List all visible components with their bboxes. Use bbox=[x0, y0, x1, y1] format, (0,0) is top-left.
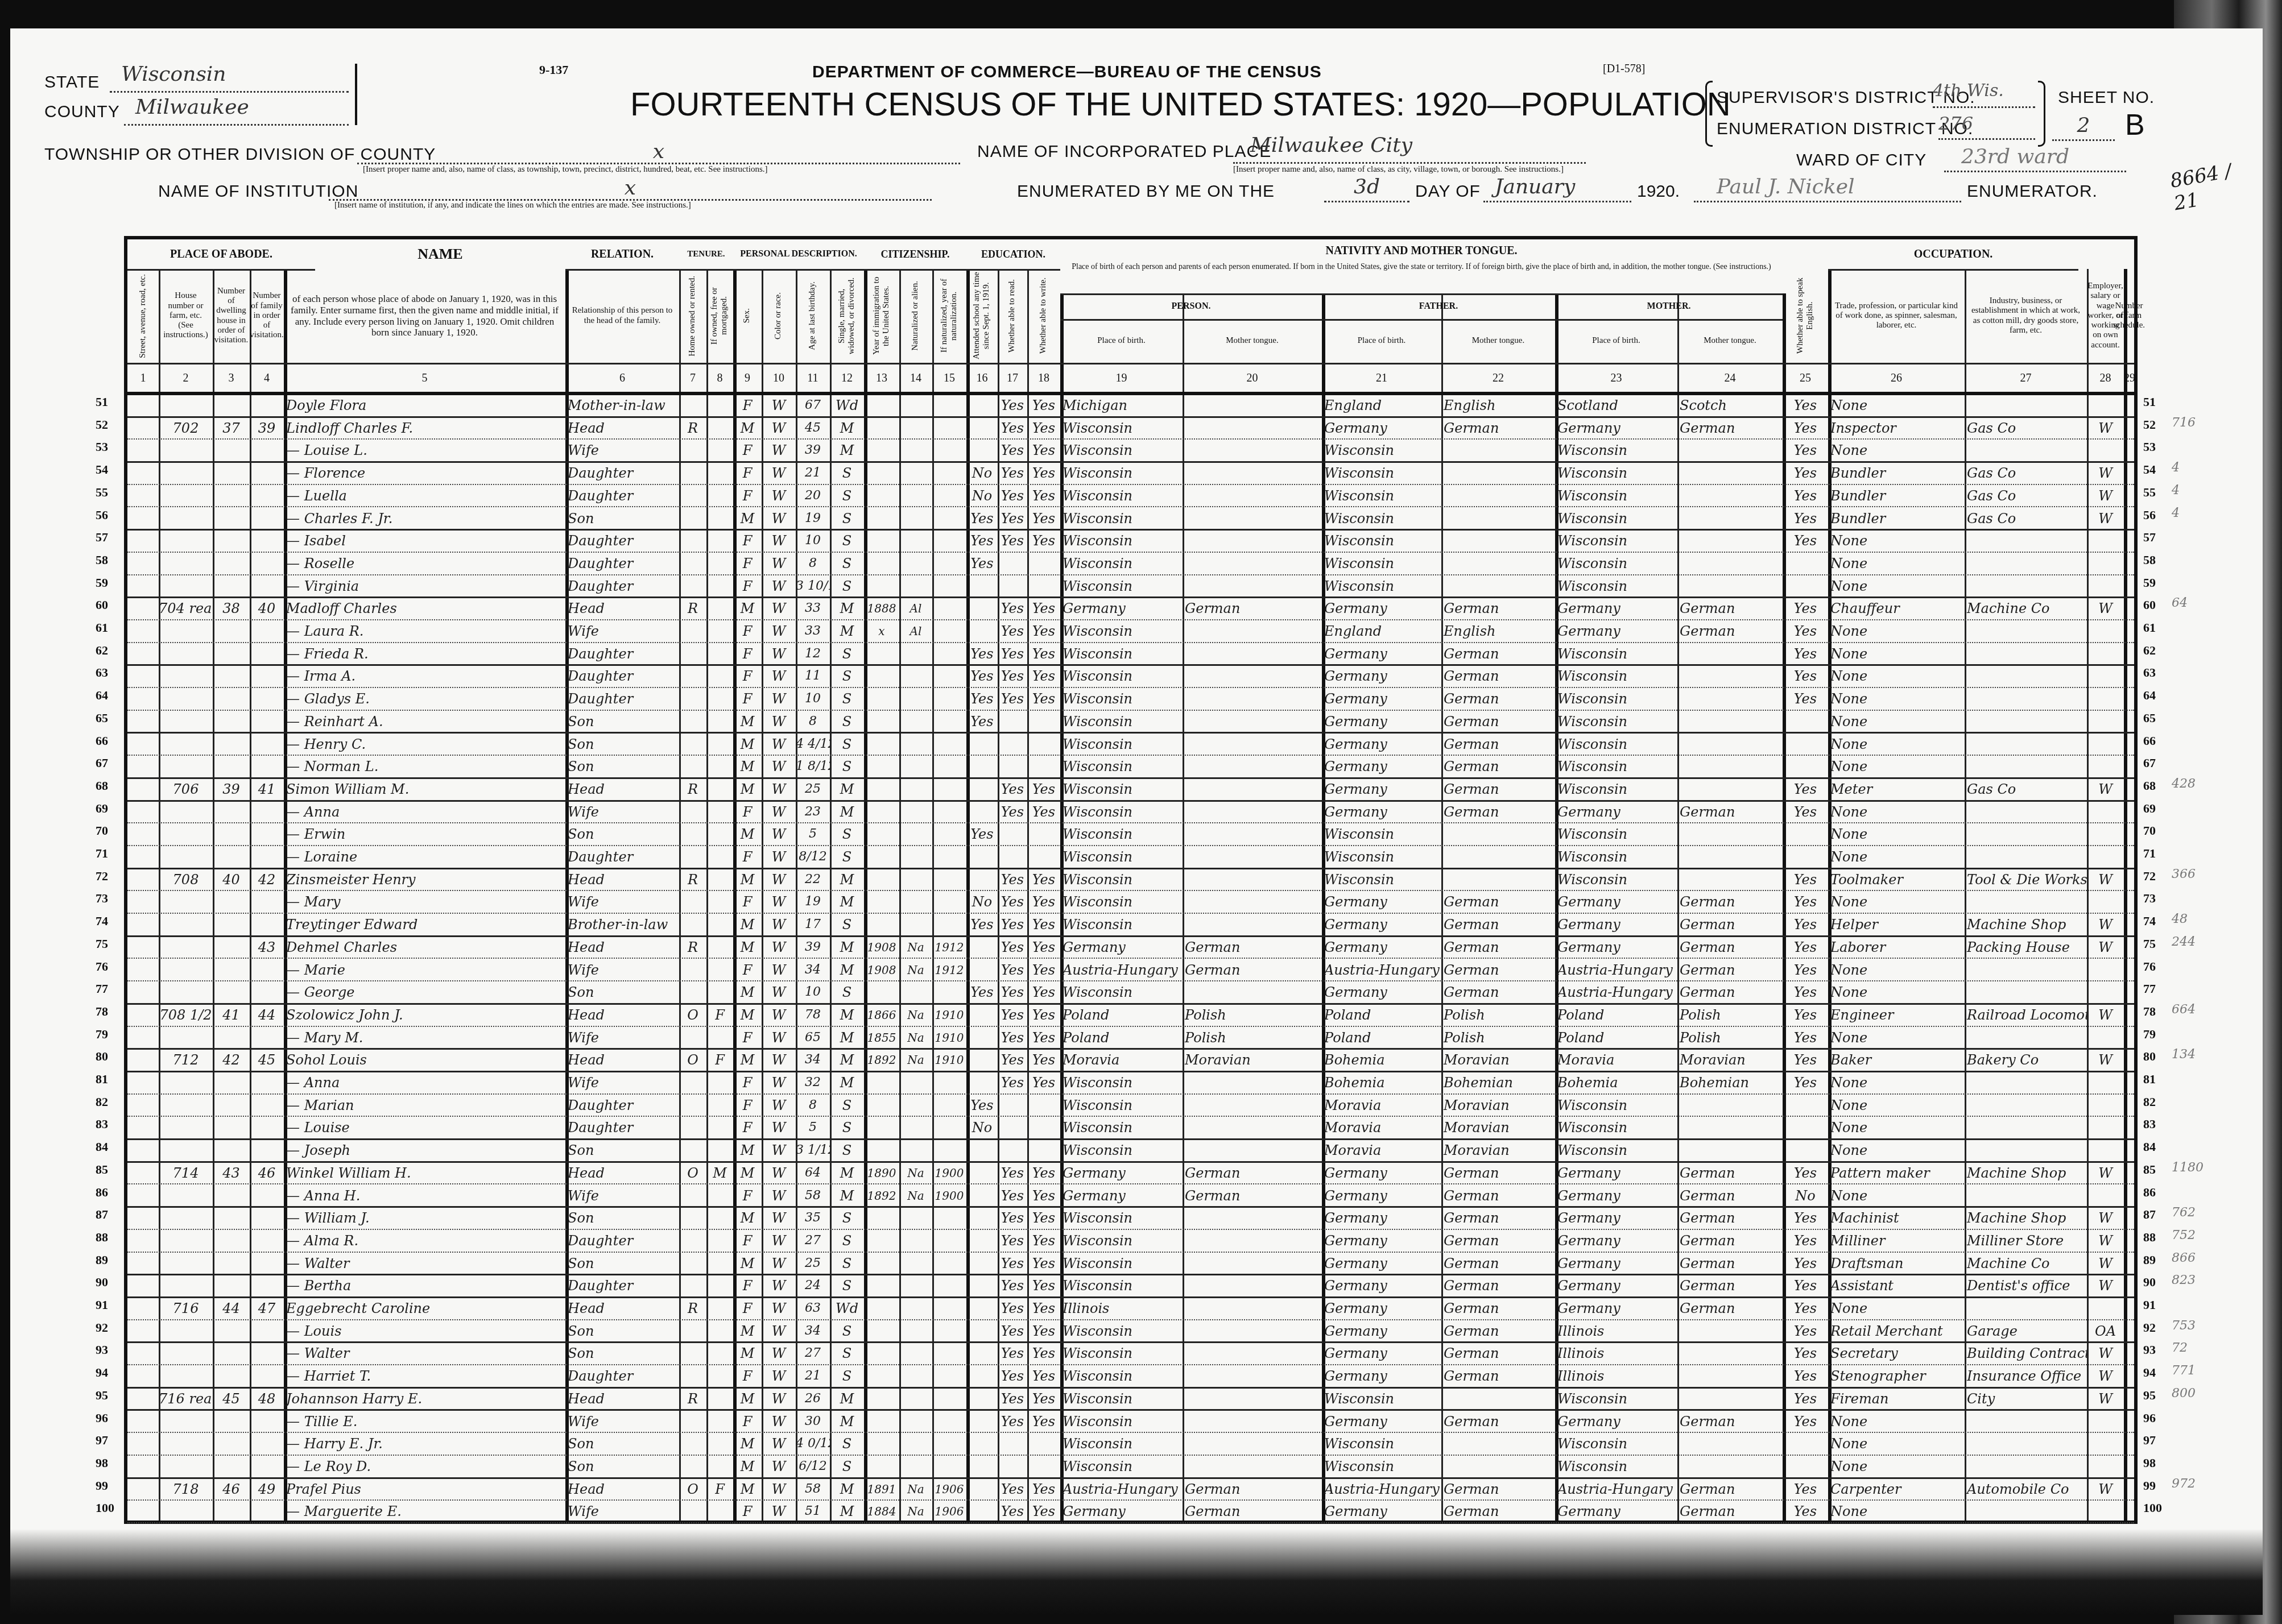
cell-farm bbox=[2124, 552, 2134, 574]
cell-race: W bbox=[762, 868, 796, 890]
cell-house bbox=[159, 1093, 213, 1116]
cell-m-tongue bbox=[1677, 461, 1783, 484]
cell-pob: Germany bbox=[1060, 1184, 1183, 1207]
table-row: — WalterSonMW27SYesYesWisconsinGermanyGe… bbox=[127, 1341, 2134, 1365]
line-number: 86 bbox=[96, 1185, 108, 1200]
cell-house bbox=[159, 710, 213, 732]
cell-family bbox=[250, 980, 284, 1003]
cell-sex: M bbox=[733, 755, 762, 777]
cell-name: Prafel Pius bbox=[284, 1477, 565, 1500]
cell-write: Yes bbox=[1027, 958, 1060, 981]
column-header-label: Place of birth. bbox=[1097, 336, 1146, 346]
cell-imm bbox=[864, 461, 899, 484]
cell-farm bbox=[2124, 800, 2134, 823]
cell-m-tongue bbox=[1677, 1319, 1783, 1342]
cell-english: Yes bbox=[1783, 800, 1828, 823]
cell-street bbox=[127, 1319, 159, 1342]
cell-farm bbox=[2124, 1206, 2134, 1229]
cell-f-tongue: German bbox=[1441, 800, 1555, 823]
line-number: 69 bbox=[2143, 801, 2156, 816]
cell-marital: M bbox=[830, 1026, 864, 1049]
cell-street bbox=[127, 438, 159, 461]
cell-english: Yes bbox=[1783, 958, 1828, 981]
cell-english: No bbox=[1783, 1184, 1828, 1207]
cell-school bbox=[966, 868, 998, 890]
cell-write: Yes bbox=[1027, 1003, 1060, 1026]
line-number: 63 bbox=[96, 665, 108, 680]
cell-f-pob: Bohemia bbox=[1322, 1048, 1441, 1071]
cell-farm bbox=[2124, 913, 2134, 935]
cell-m-tongue: German bbox=[1677, 1410, 1783, 1432]
cell-industry: Building Contractor bbox=[1965, 1341, 2087, 1364]
cell-school: Yes bbox=[966, 710, 998, 732]
cell-school: Yes bbox=[966, 529, 998, 552]
cell-english: Yes bbox=[1783, 1477, 1828, 1500]
line-number: 83 bbox=[96, 1117, 108, 1132]
cell-nat bbox=[899, 1229, 932, 1252]
cell-tongue bbox=[1183, 1138, 1322, 1161]
line-number: 65 bbox=[96, 711, 108, 726]
cell-house bbox=[159, 529, 213, 552]
cell-trade: None bbox=[1828, 1093, 1965, 1116]
cell-own bbox=[679, 1364, 706, 1387]
cell-tongue bbox=[1183, 777, 1322, 800]
cell-age: 4 4/12 bbox=[796, 732, 830, 755]
cell-industry: Tool & Die Works bbox=[1965, 868, 2087, 890]
cell-trade: None bbox=[1828, 687, 1965, 710]
cell-tongue bbox=[1183, 574, 1322, 597]
cell-age: 32 bbox=[796, 1071, 830, 1093]
cell-nat bbox=[899, 777, 932, 800]
cell-age: 1 8/12 bbox=[796, 755, 830, 777]
cell-read bbox=[998, 1093, 1027, 1116]
cell-dwelling bbox=[213, 800, 250, 823]
cell-f-pob: Germany bbox=[1322, 732, 1441, 755]
cell-street bbox=[127, 1071, 159, 1093]
cell-own bbox=[679, 552, 706, 574]
cell-street bbox=[127, 1093, 159, 1116]
cell-trade: None bbox=[1828, 1296, 1965, 1319]
line-number: 59 bbox=[2143, 575, 2156, 590]
cell-marital: M bbox=[830, 619, 864, 642]
cell-farm bbox=[2124, 1455, 2134, 1477]
cell-imm bbox=[864, 1252, 899, 1274]
cell-f-tongue: German bbox=[1441, 958, 1555, 981]
cell-mort: F bbox=[706, 1477, 733, 1500]
cell-m-pob: Germany bbox=[1555, 1229, 1677, 1252]
cell-name: — Gladys E. bbox=[284, 687, 565, 710]
cell-house bbox=[159, 393, 213, 416]
cell-race: W bbox=[762, 1252, 796, 1274]
cell-tongue bbox=[1183, 800, 1322, 823]
cell-age: 11 bbox=[796, 664, 830, 687]
cell-natyr bbox=[932, 1229, 966, 1252]
line-number: 57 bbox=[96, 530, 108, 545]
line-number: 66 bbox=[2143, 734, 2156, 748]
cell-mort bbox=[706, 1432, 733, 1455]
cell-nat bbox=[899, 913, 932, 935]
column-header-9: Sex. bbox=[733, 269, 762, 363]
cell-imm bbox=[864, 1071, 899, 1093]
cell-write: Yes bbox=[1027, 1026, 1060, 1049]
cell-school bbox=[966, 1138, 998, 1161]
cell-name: — Marguerite E. bbox=[284, 1499, 565, 1522]
cell-industry bbox=[1965, 1296, 2087, 1319]
cell-class bbox=[2087, 552, 2124, 574]
cell-marital: S bbox=[830, 1341, 864, 1364]
cell-m-pob: Germany bbox=[1555, 935, 1677, 958]
cell-f-tongue: German bbox=[1441, 1229, 1555, 1252]
column-header-label: Place of birth. bbox=[1592, 336, 1640, 346]
cell-f-tongue: German bbox=[1441, 1341, 1555, 1364]
cell-dwelling bbox=[213, 438, 250, 461]
cell-street bbox=[127, 1432, 159, 1455]
cell-house: 708 1/2 bbox=[159, 1003, 213, 1026]
table-row: — Harry E. Jr.SonMW4 0/12SWisconsinWisco… bbox=[127, 1432, 2134, 1456]
cell-m-pob: Wisconsin bbox=[1555, 438, 1677, 461]
cell-family bbox=[250, 619, 284, 642]
cell-natyr bbox=[932, 1116, 966, 1138]
cell-own: O bbox=[679, 1477, 706, 1500]
cell-house bbox=[159, 1138, 213, 1161]
cell-m-tongue: German bbox=[1677, 416, 1783, 439]
column-header-18: Whether able to write. bbox=[1027, 269, 1060, 363]
table-row: 716 rear4548Johannson Harry E.HeadRMW26M… bbox=[127, 1387, 2134, 1411]
table-row: — Louise L.WifeFW39MYesYesWisconsinWisco… bbox=[127, 438, 2134, 463]
cell-nat: Al bbox=[899, 596, 932, 619]
cell-sex: F bbox=[733, 484, 762, 507]
cell-race: W bbox=[762, 507, 796, 529]
cell-street bbox=[127, 529, 159, 552]
cell-f-pob: Germany bbox=[1322, 642, 1441, 665]
cell-pob: Wisconsin bbox=[1060, 822, 1183, 845]
cell-read: Yes bbox=[998, 1252, 1027, 1274]
cell-imm bbox=[864, 642, 899, 665]
column-header-25: Whether able to speak English. bbox=[1783, 269, 1828, 363]
cell-relation: Head bbox=[565, 1003, 679, 1026]
cell-name: — Bertha bbox=[284, 1274, 565, 1296]
cell-house: 702 bbox=[159, 416, 213, 439]
cell-name: Eggebrecht Caroline bbox=[284, 1296, 565, 1319]
column-header-label: Street, avenue, road, etc. bbox=[138, 274, 148, 358]
cell-race: W bbox=[762, 1274, 796, 1296]
cell-age: 30 bbox=[796, 1410, 830, 1432]
column-header-label: Mother tongue. bbox=[1226, 336, 1278, 346]
cell-family: 48 bbox=[250, 1387, 284, 1410]
cell-name: — Norman L. bbox=[284, 755, 565, 777]
cell-tongue bbox=[1183, 710, 1322, 732]
cell-street bbox=[127, 800, 159, 823]
line-number: 63 bbox=[2143, 665, 2156, 680]
cell-name: — Reinhart A. bbox=[284, 710, 565, 732]
cell-trade: Engineer bbox=[1828, 1003, 1965, 1026]
line-number: 82 bbox=[2143, 1095, 2156, 1109]
column-number: 6 bbox=[565, 364, 679, 392]
cell-relation: Daughter bbox=[565, 574, 679, 597]
cell-read bbox=[998, 552, 1027, 574]
cell-house bbox=[159, 619, 213, 642]
cell-f-pob: Austria-Hungary bbox=[1322, 958, 1441, 981]
cell-english bbox=[1783, 552, 1828, 574]
table-row: 7023739Lindloff Charles F.HeadRMW45MYesY… bbox=[127, 416, 2134, 440]
line-number: 90 bbox=[2143, 1275, 2156, 1290]
cell-nat bbox=[899, 1387, 932, 1410]
cell-relation: Son bbox=[565, 710, 679, 732]
cell-own bbox=[679, 822, 706, 845]
cell-english bbox=[1783, 755, 1828, 777]
cell-nat: Na bbox=[899, 1477, 932, 1500]
cell-imm bbox=[864, 484, 899, 507]
line-number: 54 bbox=[96, 462, 108, 477]
cell-tongue: Polish bbox=[1183, 1003, 1322, 1026]
cell-own bbox=[679, 958, 706, 981]
cell-farm bbox=[2124, 687, 2134, 710]
cell-natyr bbox=[932, 913, 966, 935]
margin-count: 753 bbox=[2172, 1319, 2196, 1333]
cell-relation: Son bbox=[565, 1341, 679, 1364]
cell-school bbox=[966, 1184, 998, 1207]
cell-read: Yes bbox=[998, 980, 1027, 1003]
cell-m-pob: Germany bbox=[1555, 1184, 1677, 1207]
cell-pob: Poland bbox=[1060, 1003, 1183, 1026]
cell-mort bbox=[706, 1296, 733, 1319]
cell-farm bbox=[2124, 777, 2134, 800]
column-header-label: Naturalized or alien. bbox=[911, 281, 920, 351]
cell-farm bbox=[2124, 1432, 2134, 1455]
cell-sex: M bbox=[733, 822, 762, 845]
cell-age: 34 bbox=[796, 1319, 830, 1342]
cell-read: Yes bbox=[998, 1387, 1027, 1410]
column-number: 18 bbox=[1027, 364, 1060, 392]
cell-pob: Wisconsin bbox=[1060, 1364, 1183, 1387]
cell-nat bbox=[899, 687, 932, 710]
cell-age: 10 bbox=[796, 980, 830, 1003]
cell-nat bbox=[899, 755, 932, 777]
column-number: 27 bbox=[1965, 364, 2087, 392]
cell-age: 3 10/12 bbox=[796, 574, 830, 597]
cell-marital: M bbox=[830, 438, 864, 461]
cell-house bbox=[159, 1229, 213, 1252]
cell-mort bbox=[706, 800, 733, 823]
cell-tongue bbox=[1183, 868, 1322, 890]
cell-family bbox=[250, 1364, 284, 1387]
cell-nat bbox=[899, 642, 932, 665]
cell-family bbox=[250, 1432, 284, 1455]
column-header-3: Number of dwelling house in order of vis… bbox=[213, 269, 250, 363]
cell-marital: M bbox=[830, 1003, 864, 1026]
county-label: County bbox=[44, 102, 120, 121]
margin-note: 8664 / 21 bbox=[2168, 155, 2266, 216]
margin-count: 762 bbox=[2172, 1205, 2196, 1220]
cell-house bbox=[159, 1341, 213, 1364]
cell-family bbox=[250, 1252, 284, 1274]
cell-trade: None bbox=[1828, 552, 1965, 574]
cell-marital: S bbox=[830, 1364, 864, 1387]
column-number: 19 bbox=[1060, 364, 1183, 392]
line-number: 92 bbox=[96, 1320, 108, 1335]
cell-marital: S bbox=[830, 980, 864, 1003]
cell-nat bbox=[899, 574, 932, 597]
line-number: 96 bbox=[2143, 1411, 2156, 1426]
cell-natyr bbox=[932, 710, 966, 732]
cell-race: W bbox=[762, 1116, 796, 1138]
county-value: Milwaukee bbox=[124, 96, 249, 119]
cell-industry bbox=[1965, 393, 2087, 416]
cell-race: W bbox=[762, 755, 796, 777]
cell-m-pob: Wisconsin bbox=[1555, 552, 1677, 574]
cell-pob: Germany bbox=[1060, 1499, 1183, 1522]
cell-trade: None bbox=[1828, 800, 1965, 823]
cell-f-tongue bbox=[1441, 1387, 1555, 1410]
cell-street bbox=[127, 1048, 159, 1071]
cell-tongue bbox=[1183, 913, 1322, 935]
cell-nat bbox=[899, 1138, 932, 1161]
cell-read: Yes bbox=[998, 1477, 1027, 1500]
cell-f-pob: Germany bbox=[1322, 416, 1441, 439]
cell-name: — Harriet T. bbox=[284, 1364, 565, 1387]
cell-mort bbox=[706, 1138, 733, 1161]
cell-race: W bbox=[762, 1364, 796, 1387]
table-row: 7144346Winkel William H.HeadOMMW64M1890N… bbox=[127, 1161, 2134, 1185]
column-header-14: Naturalized or alien. bbox=[899, 269, 932, 363]
line-number: 97 bbox=[96, 1433, 108, 1448]
cell-family bbox=[250, 484, 284, 507]
cell-school: Yes bbox=[966, 1093, 998, 1116]
cell-class: W bbox=[2087, 1387, 2124, 1410]
cell-name: — Isabel bbox=[284, 529, 565, 552]
cell-family: 44 bbox=[250, 1003, 284, 1026]
cell-trade: None bbox=[1828, 642, 1965, 665]
line-number: 99 bbox=[2143, 1478, 2156, 1493]
cell-imm: 1884 bbox=[864, 1499, 899, 1522]
cell-own bbox=[679, 755, 706, 777]
cell-tongue bbox=[1183, 438, 1322, 461]
cell-marital: M bbox=[830, 800, 864, 823]
cell-relation: Daughter bbox=[565, 461, 679, 484]
cell-own: O bbox=[679, 1048, 706, 1071]
cell-f-tongue: Bohemian bbox=[1441, 1071, 1555, 1093]
cell-mort bbox=[706, 1455, 733, 1477]
cell-class: W bbox=[2087, 935, 2124, 958]
cell-f-tongue: German bbox=[1441, 1184, 1555, 1207]
cell-sex: M bbox=[733, 710, 762, 732]
column-header-23: Place of birth. bbox=[1555, 319, 1677, 363]
cell-street bbox=[127, 1341, 159, 1364]
cell-mort bbox=[706, 1319, 733, 1342]
cell-trade: None bbox=[1828, 1410, 1965, 1432]
cell-farm bbox=[2124, 1341, 2134, 1364]
cell-english: Yes bbox=[1783, 1499, 1828, 1522]
cell-family bbox=[250, 913, 284, 935]
cell-race: W bbox=[762, 732, 796, 755]
cell-family bbox=[250, 1410, 284, 1432]
line-number: 90 bbox=[96, 1275, 108, 1290]
column-number: 29 bbox=[2124, 364, 2134, 392]
cell-natyr bbox=[932, 552, 966, 574]
cell-school: Yes bbox=[966, 687, 998, 710]
cell-street bbox=[127, 777, 159, 800]
cell-house: 716 bbox=[159, 1296, 213, 1319]
column-number: 3 bbox=[213, 364, 250, 392]
cell-own bbox=[679, 438, 706, 461]
cell-house bbox=[159, 1116, 213, 1138]
cell-m-pob: Wisconsin bbox=[1555, 664, 1677, 687]
cell-house bbox=[159, 1499, 213, 1522]
cell-f-tongue: German bbox=[1441, 890, 1555, 913]
bracket bbox=[1705, 81, 1713, 147]
cell-name: — Louise L. bbox=[284, 438, 565, 461]
cell-relation: Daughter bbox=[565, 664, 679, 687]
cell-f-tongue bbox=[1441, 1455, 1555, 1477]
cell-nat bbox=[899, 980, 932, 1003]
cell-marital: S bbox=[830, 913, 864, 935]
column-header-8: If owned, free or mortgaged. bbox=[706, 269, 733, 363]
cell-family: 41 bbox=[250, 777, 284, 800]
cell-farm bbox=[2124, 935, 2134, 958]
group-tenure: TENURE. bbox=[679, 239, 733, 271]
cell-name: Sohol Louis bbox=[284, 1048, 565, 1071]
cell-school: No bbox=[966, 890, 998, 913]
cell-own: R bbox=[679, 935, 706, 958]
cell-write bbox=[1027, 1116, 1060, 1138]
cell-write: Yes bbox=[1027, 1252, 1060, 1274]
cell-relation: Son bbox=[565, 1432, 679, 1455]
cell-own bbox=[679, 913, 706, 935]
column-number: 20 bbox=[1183, 364, 1322, 392]
cell-mort bbox=[706, 1116, 733, 1138]
cell-tongue bbox=[1183, 890, 1322, 913]
cell-nat bbox=[899, 800, 932, 823]
supervisor-value: 4th Wis. bbox=[1933, 81, 2004, 101]
cell-natyr bbox=[932, 1319, 966, 1342]
cell-f-tongue: Moravian bbox=[1441, 1138, 1555, 1161]
cell-family bbox=[250, 529, 284, 552]
cell-farm bbox=[2124, 868, 2134, 890]
cell-industry bbox=[1965, 529, 2087, 552]
column-number: 13 bbox=[864, 364, 899, 392]
cell-dwelling bbox=[213, 664, 250, 687]
cell-nat bbox=[899, 1410, 932, 1432]
cell-family bbox=[250, 958, 284, 981]
cell-english bbox=[1783, 1432, 1828, 1455]
cell-imm bbox=[864, 822, 899, 845]
cell-m-tongue: German bbox=[1677, 1161, 1783, 1184]
line-number: 96 bbox=[96, 1411, 108, 1426]
cell-imm: 1890 bbox=[864, 1161, 899, 1184]
column-header-label: If naturalized, year of naturalization. bbox=[940, 271, 960, 361]
cell-street bbox=[127, 1387, 159, 1410]
cell-house bbox=[159, 1364, 213, 1387]
line-number: 67 bbox=[96, 756, 108, 770]
cell-natyr bbox=[932, 1093, 966, 1116]
cell-pob: Wisconsin bbox=[1060, 1116, 1183, 1138]
cell-age: 4 0/12 bbox=[796, 1432, 830, 1455]
cell-m-tongue: German bbox=[1677, 1206, 1783, 1229]
cell-f-tongue: English bbox=[1441, 393, 1555, 416]
cell-name: — Mary M. bbox=[284, 1026, 565, 1049]
cell-write bbox=[1027, 710, 1060, 732]
cell-family bbox=[250, 710, 284, 732]
cell-trade: None bbox=[1828, 393, 1965, 416]
cell-street bbox=[127, 1184, 159, 1207]
column-number: 11 bbox=[796, 364, 830, 392]
cell-house bbox=[159, 687, 213, 710]
cell-f-pob: Wisconsin bbox=[1322, 845, 1441, 868]
cell-farm bbox=[2124, 1252, 2134, 1274]
cell-trade: Baker bbox=[1828, 1048, 1965, 1071]
cell-sex: M bbox=[733, 1341, 762, 1364]
cell-m-pob: Germany bbox=[1555, 1296, 1677, 1319]
